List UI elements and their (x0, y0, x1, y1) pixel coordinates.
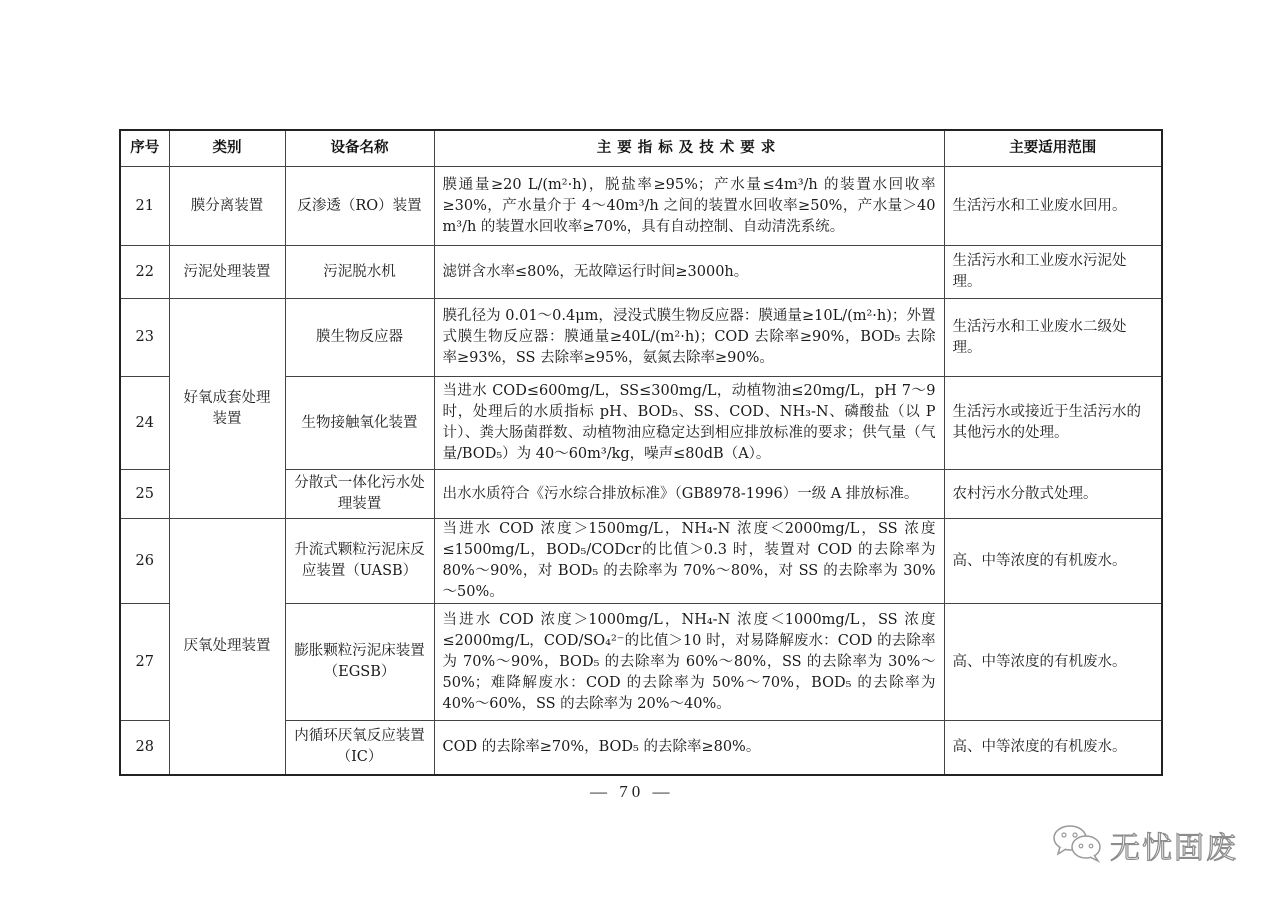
cell-device: 分散式一体化污水处理装置 (285, 470, 434, 519)
header-requirements: 主要指标及技术要求 (434, 130, 944, 167)
equipment-table: 序号 类别 设备名称 主要指标及技术要求 主要适用范围 21 膜分离装置 反渗透… (119, 129, 1163, 776)
cell-requirements: 滤饼含水率≤80%，无故障运行时间≥3000h。 (434, 246, 944, 299)
cell-requirements: 出水水质符合《污水综合排放标准》（GB8978-1996）一级 A 排放标准。 (434, 470, 944, 519)
header-device: 设备名称 (285, 130, 434, 167)
cell-requirements: 膜通量≥20 L/(m²·h)，脱盐率≥95%；产水量≤4m³/h 的装置水回收… (434, 167, 944, 246)
cell-category: 厌氧处理装置 (169, 519, 285, 775)
cell-device: 内循环厌氧反应装置（IC） (285, 721, 434, 775)
cell-device: 反渗透（RO）装置 (285, 167, 434, 246)
cell-no: 24 (120, 377, 169, 470)
cell-device: 升流式颗粒污泥床反应装置（UASB） (285, 519, 434, 604)
wechat-icon (1052, 823, 1104, 867)
cell-requirements: 当进水 COD 浓度＞1000mg/L，NH₄-N 浓度＜1000mg/L，SS… (434, 604, 944, 721)
cell-no: 21 (120, 167, 169, 246)
cell-requirements: COD 的去除率≥70%，BOD₅ 的去除率≥80%。 (434, 721, 944, 775)
table-row: 21 膜分离装置 反渗透（RO）装置 膜通量≥20 L/(m²·h)，脱盐率≥9… (120, 167, 1162, 246)
watermark-text: 无忧固废 (1110, 823, 1238, 867)
cell-category: 膜分离装置 (169, 167, 285, 246)
page-number: — 70 — (590, 782, 674, 802)
cell-scope: 农村污水分散式处理。 (944, 470, 1162, 519)
cell-requirements: 当进水 COD≤600mg/L，SS≤300mg/L，动植物油≤20mg/L，p… (434, 377, 944, 470)
cell-no: 22 (120, 246, 169, 299)
cell-scope: 高、中等浓度的有机废水。 (944, 519, 1162, 604)
header-scope: 主要适用范围 (944, 130, 1162, 167)
table-header-row: 序号 类别 设备名称 主要指标及技术要求 主要适用范围 (120, 130, 1162, 167)
cell-no: 27 (120, 604, 169, 721)
cell-device: 生物接触氧化装置 (285, 377, 434, 470)
cell-scope: 生活污水和工业废水二级处理。 (944, 299, 1162, 377)
cell-requirements: 膜孔径为 0.01～0.4μm，浸没式膜生物反应器：膜通量≥10L/(m²·h)… (434, 299, 944, 377)
cell-scope: 生活污水或接近于生活污水的其他污水的处理。 (944, 377, 1162, 470)
cell-no: 25 (120, 470, 169, 519)
cell-category: 好氧成套处理装置 (169, 299, 285, 519)
cell-scope: 高、中等浓度的有机废水。 (944, 721, 1162, 775)
cell-device: 膜生物反应器 (285, 299, 434, 377)
watermark: 无忧固废 (1052, 823, 1238, 867)
table-row: 23 好氧成套处理装置 膜生物反应器 膜孔径为 0.01～0.4μm，浸没式膜生… (120, 299, 1162, 377)
cell-no: 26 (120, 519, 169, 604)
cell-no: 23 (120, 299, 169, 377)
header-no: 序号 (120, 130, 169, 167)
cell-scope: 高、中等浓度的有机废水。 (944, 604, 1162, 721)
cell-device: 污泥脱水机 (285, 246, 434, 299)
header-category: 类别 (169, 130, 285, 167)
cell-scope: 生活污水和工业废水污泥处理。 (944, 246, 1162, 299)
table-row: 26 厌氧处理装置 升流式颗粒污泥床反应装置（UASB） 当进水 COD 浓度＞… (120, 519, 1162, 604)
cell-scope: 生活污水和工业废水回用。 (944, 167, 1162, 246)
cell-category: 污泥处理装置 (169, 246, 285, 299)
cell-device: 膨胀颗粒污泥床装置（EGSB） (285, 604, 434, 721)
cell-requirements: 当进水 COD 浓度＞1500mg/L，NH₄-N 浓度＜2000mg/L，SS… (434, 519, 944, 604)
table-row: 22 污泥处理装置 污泥脱水机 滤饼含水率≤80%，无故障运行时间≥3000h。… (120, 246, 1162, 299)
cell-no: 28 (120, 721, 169, 775)
